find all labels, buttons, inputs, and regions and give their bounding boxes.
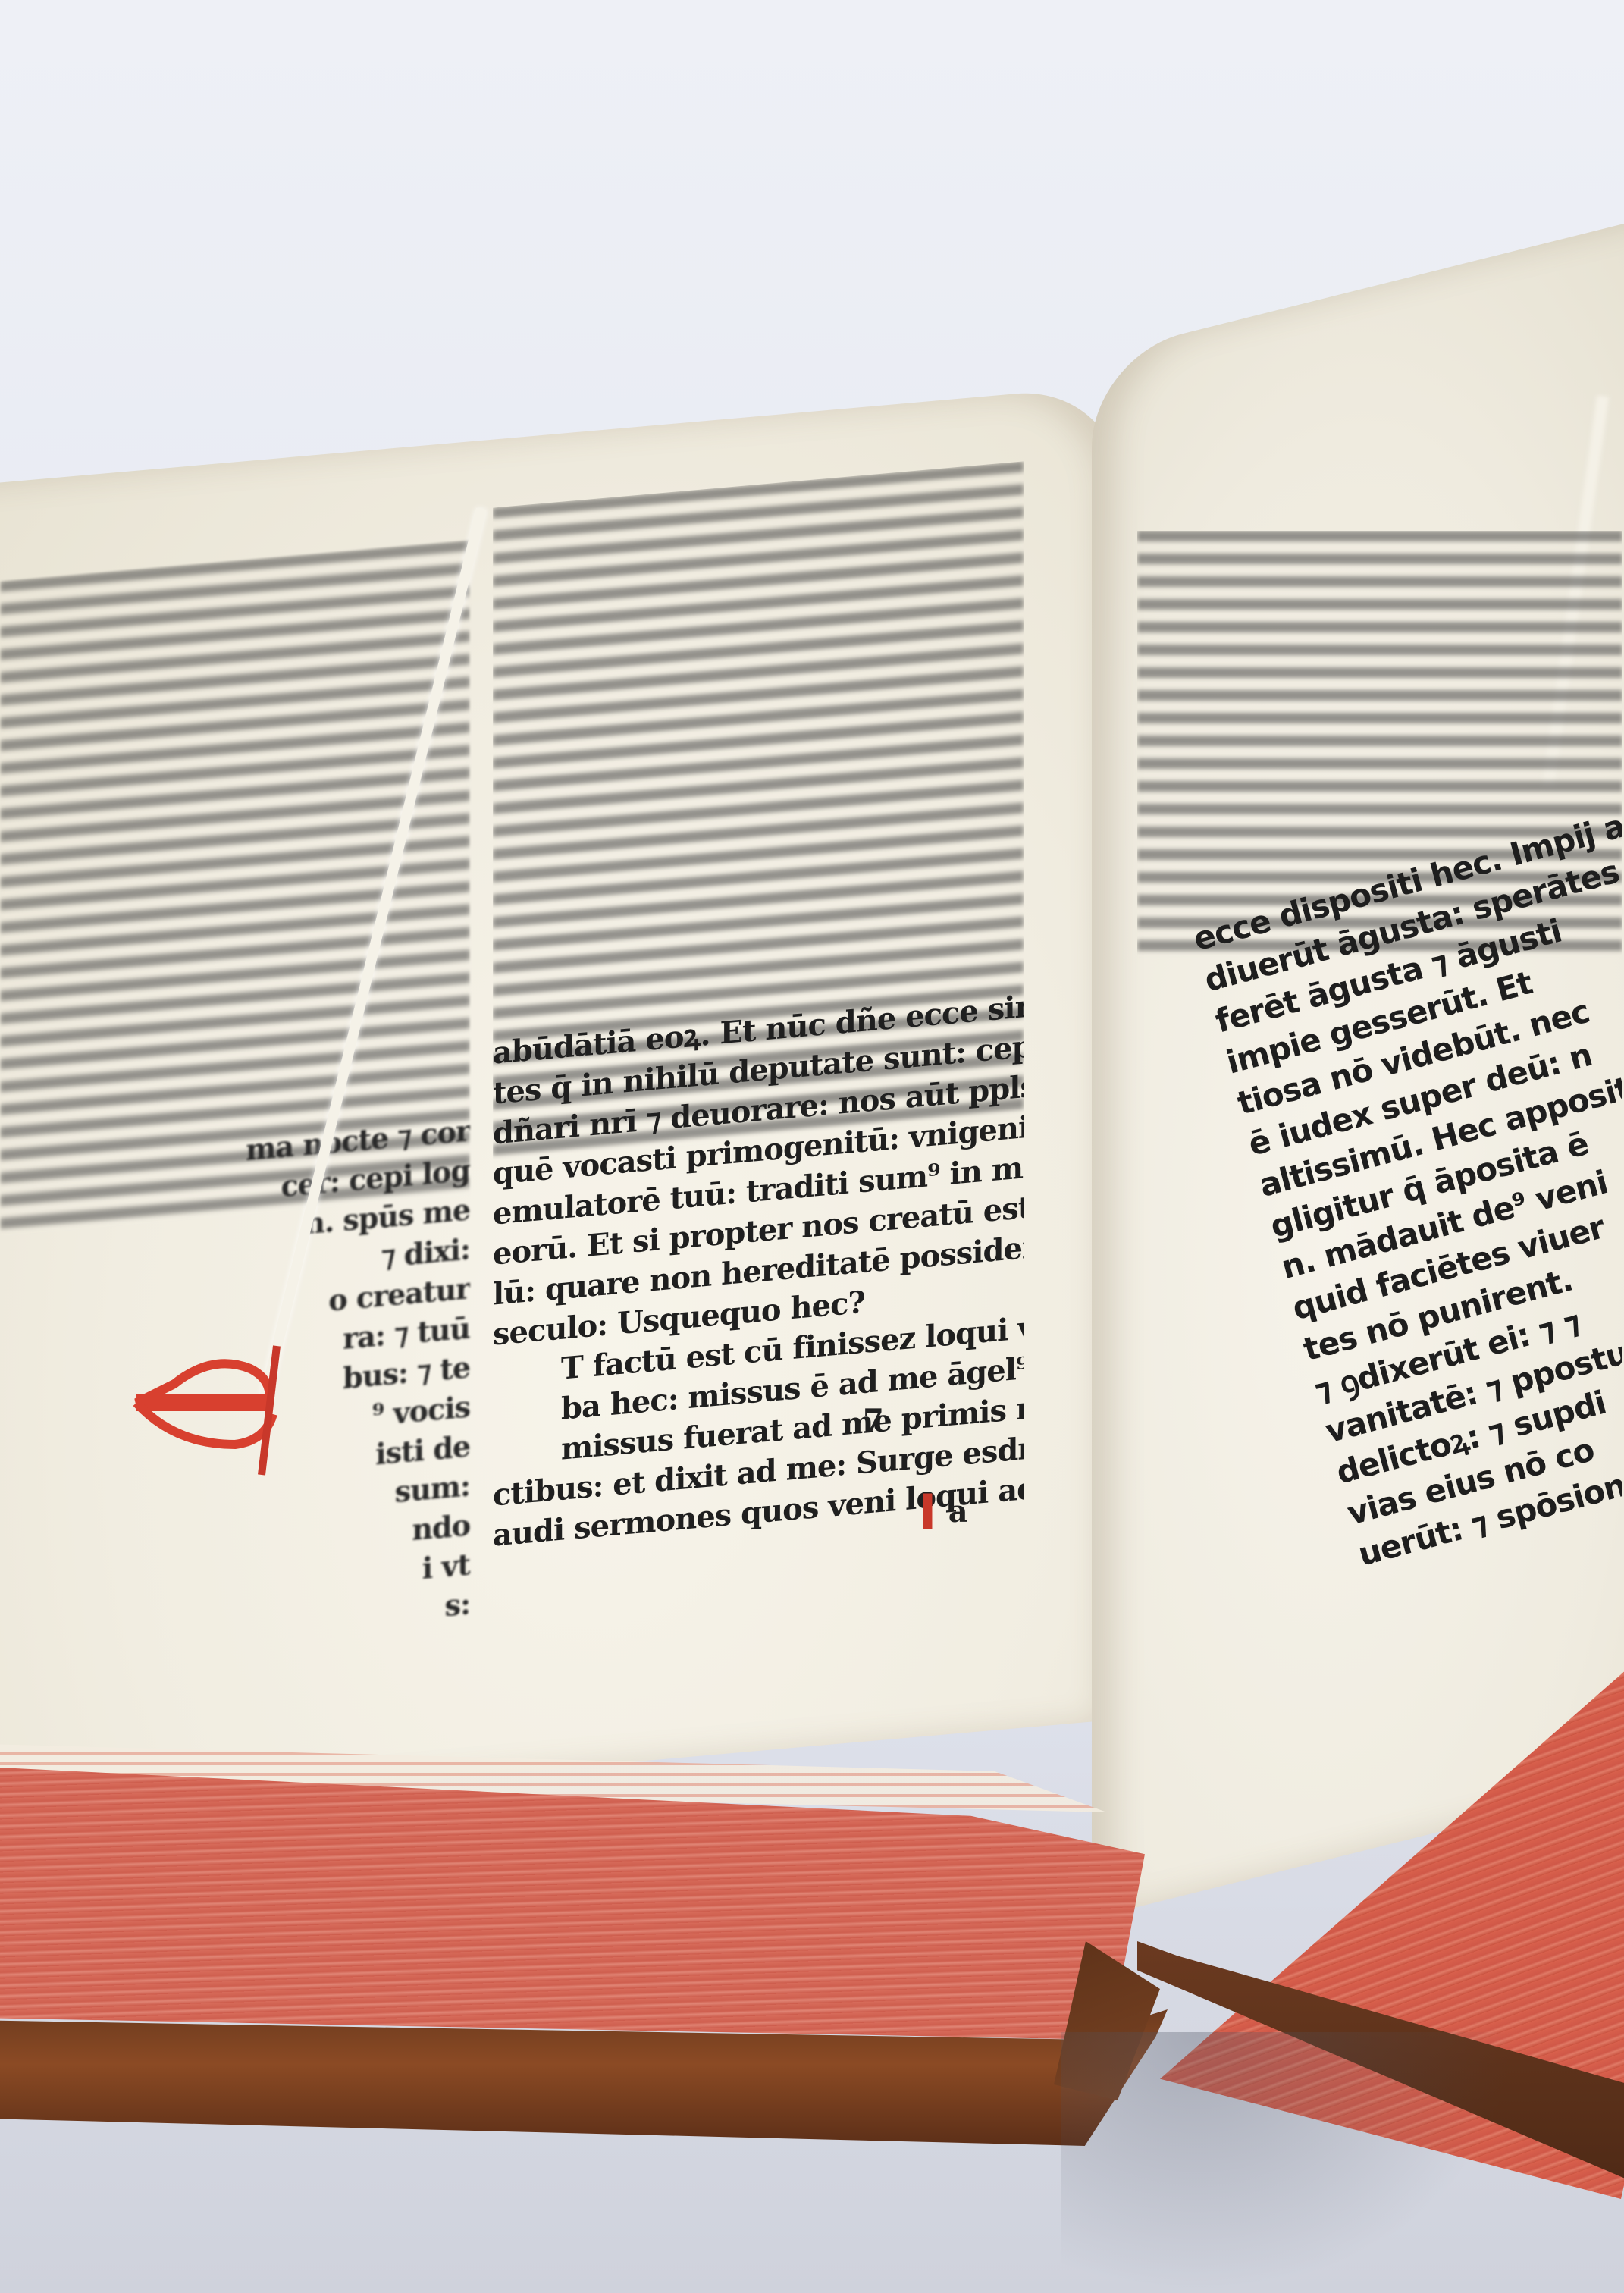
right-page-column: ecce dispositi hec. Impij aūt diuerūt āg… [1137, 531, 1622, 1577]
chapter-number: 7 [863, 1403, 884, 1438]
red-initial-e-icon [121, 1331, 296, 1482]
margin-mark: ▍a [923, 1494, 968, 1529]
margin-mark-letter: a [948, 1494, 968, 1529]
floor-shadow [1061, 2032, 1516, 2293]
legible-text-block: ecce dispositi hec. Impij aūt diuerūt āg… [1190, 799, 1622, 1577]
rubric-stroke-icon: ▍ [923, 1494, 947, 1529]
left-page: ma nocte ⁊ cor cer: cepi log n. spūs me … [0, 384, 1122, 1820]
photo-scene: ma nocte ⁊ cor cer: cepi log n. spūs me … [0, 0, 1624, 2293]
left-page-left-column: ma nocte ⁊ cor cer: cepi log n. spūs me … [0, 540, 470, 1673]
left-page-right-column: abūdātiā eoꝝ. Et nūc dñe ecce similasti … [493, 461, 1024, 1569]
legible-text-block: abūdātiā eoꝝ. Et nūc dñe ecce similasti … [493, 992, 1024, 1561]
